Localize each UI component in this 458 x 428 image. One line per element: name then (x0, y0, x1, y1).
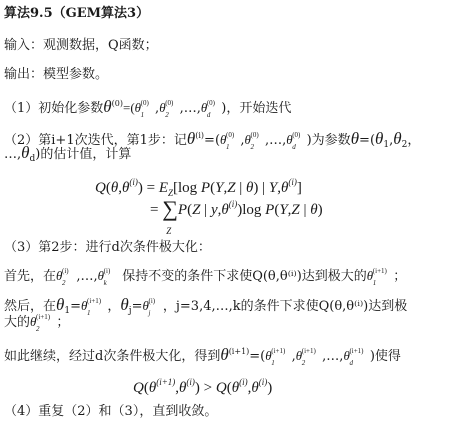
step-3-then-line-2: 大的θ(i+1)2； (4, 314, 69, 331)
step-1: （1）初始化参数θ(0)=(θ(0)1,θ(0)2,…,θ(0)d)，开始迭代 (4, 96, 291, 117)
formula-q-function-line-2: = ∑ZP(Z | y,θ(i))log P(Y,Z | θ) (150, 194, 323, 220)
input-line: 输入：观测数据，Q函数； (4, 38, 158, 54)
step-4: （4）重复（2）和（3），直到收敛。 (4, 404, 217, 420)
theta-d-0: θ(0)d (201, 100, 221, 116)
step-1-prefix: （1）初始化参数 (4, 101, 103, 116)
output-line: 输出：模型参数。 (4, 67, 108, 83)
step-3-continue: 如此继续，经过d次条件极大化，得到θ(i+1)=(θ(i+1)1,θ(i+1)2… (4, 344, 401, 365)
formula-inequality: Q(θ(i+1),θ(i)) > Q(θ(i),θ(i)) (133, 372, 272, 398)
theta-1-0: θ(0)1 (135, 100, 155, 116)
step-2-suffix: )的估计值，计算 (35, 147, 131, 162)
step-1-suffix: ，开始迭代 (226, 101, 291, 116)
algorithm-title: 算法9.5（GEM算法3） (4, 6, 149, 22)
step-3-header: （3）第2步：进行d次条件极大化： (4, 240, 211, 256)
step-3-first: 首先，在θ(i)2,…,θ(i)k 保持不变的条件下求使Q(θ,θ⁽ⁱ⁾)达到极… (4, 268, 406, 285)
theta-symbol: θ (103, 97, 111, 116)
step-2-mid: 为参数 (312, 133, 351, 148)
theta-2-0: θ(0)2 (159, 100, 179, 116)
theta-symbol: θ (187, 129, 195, 148)
step-2-line-2: …,θd)的估计值，计算 (4, 145, 131, 167)
